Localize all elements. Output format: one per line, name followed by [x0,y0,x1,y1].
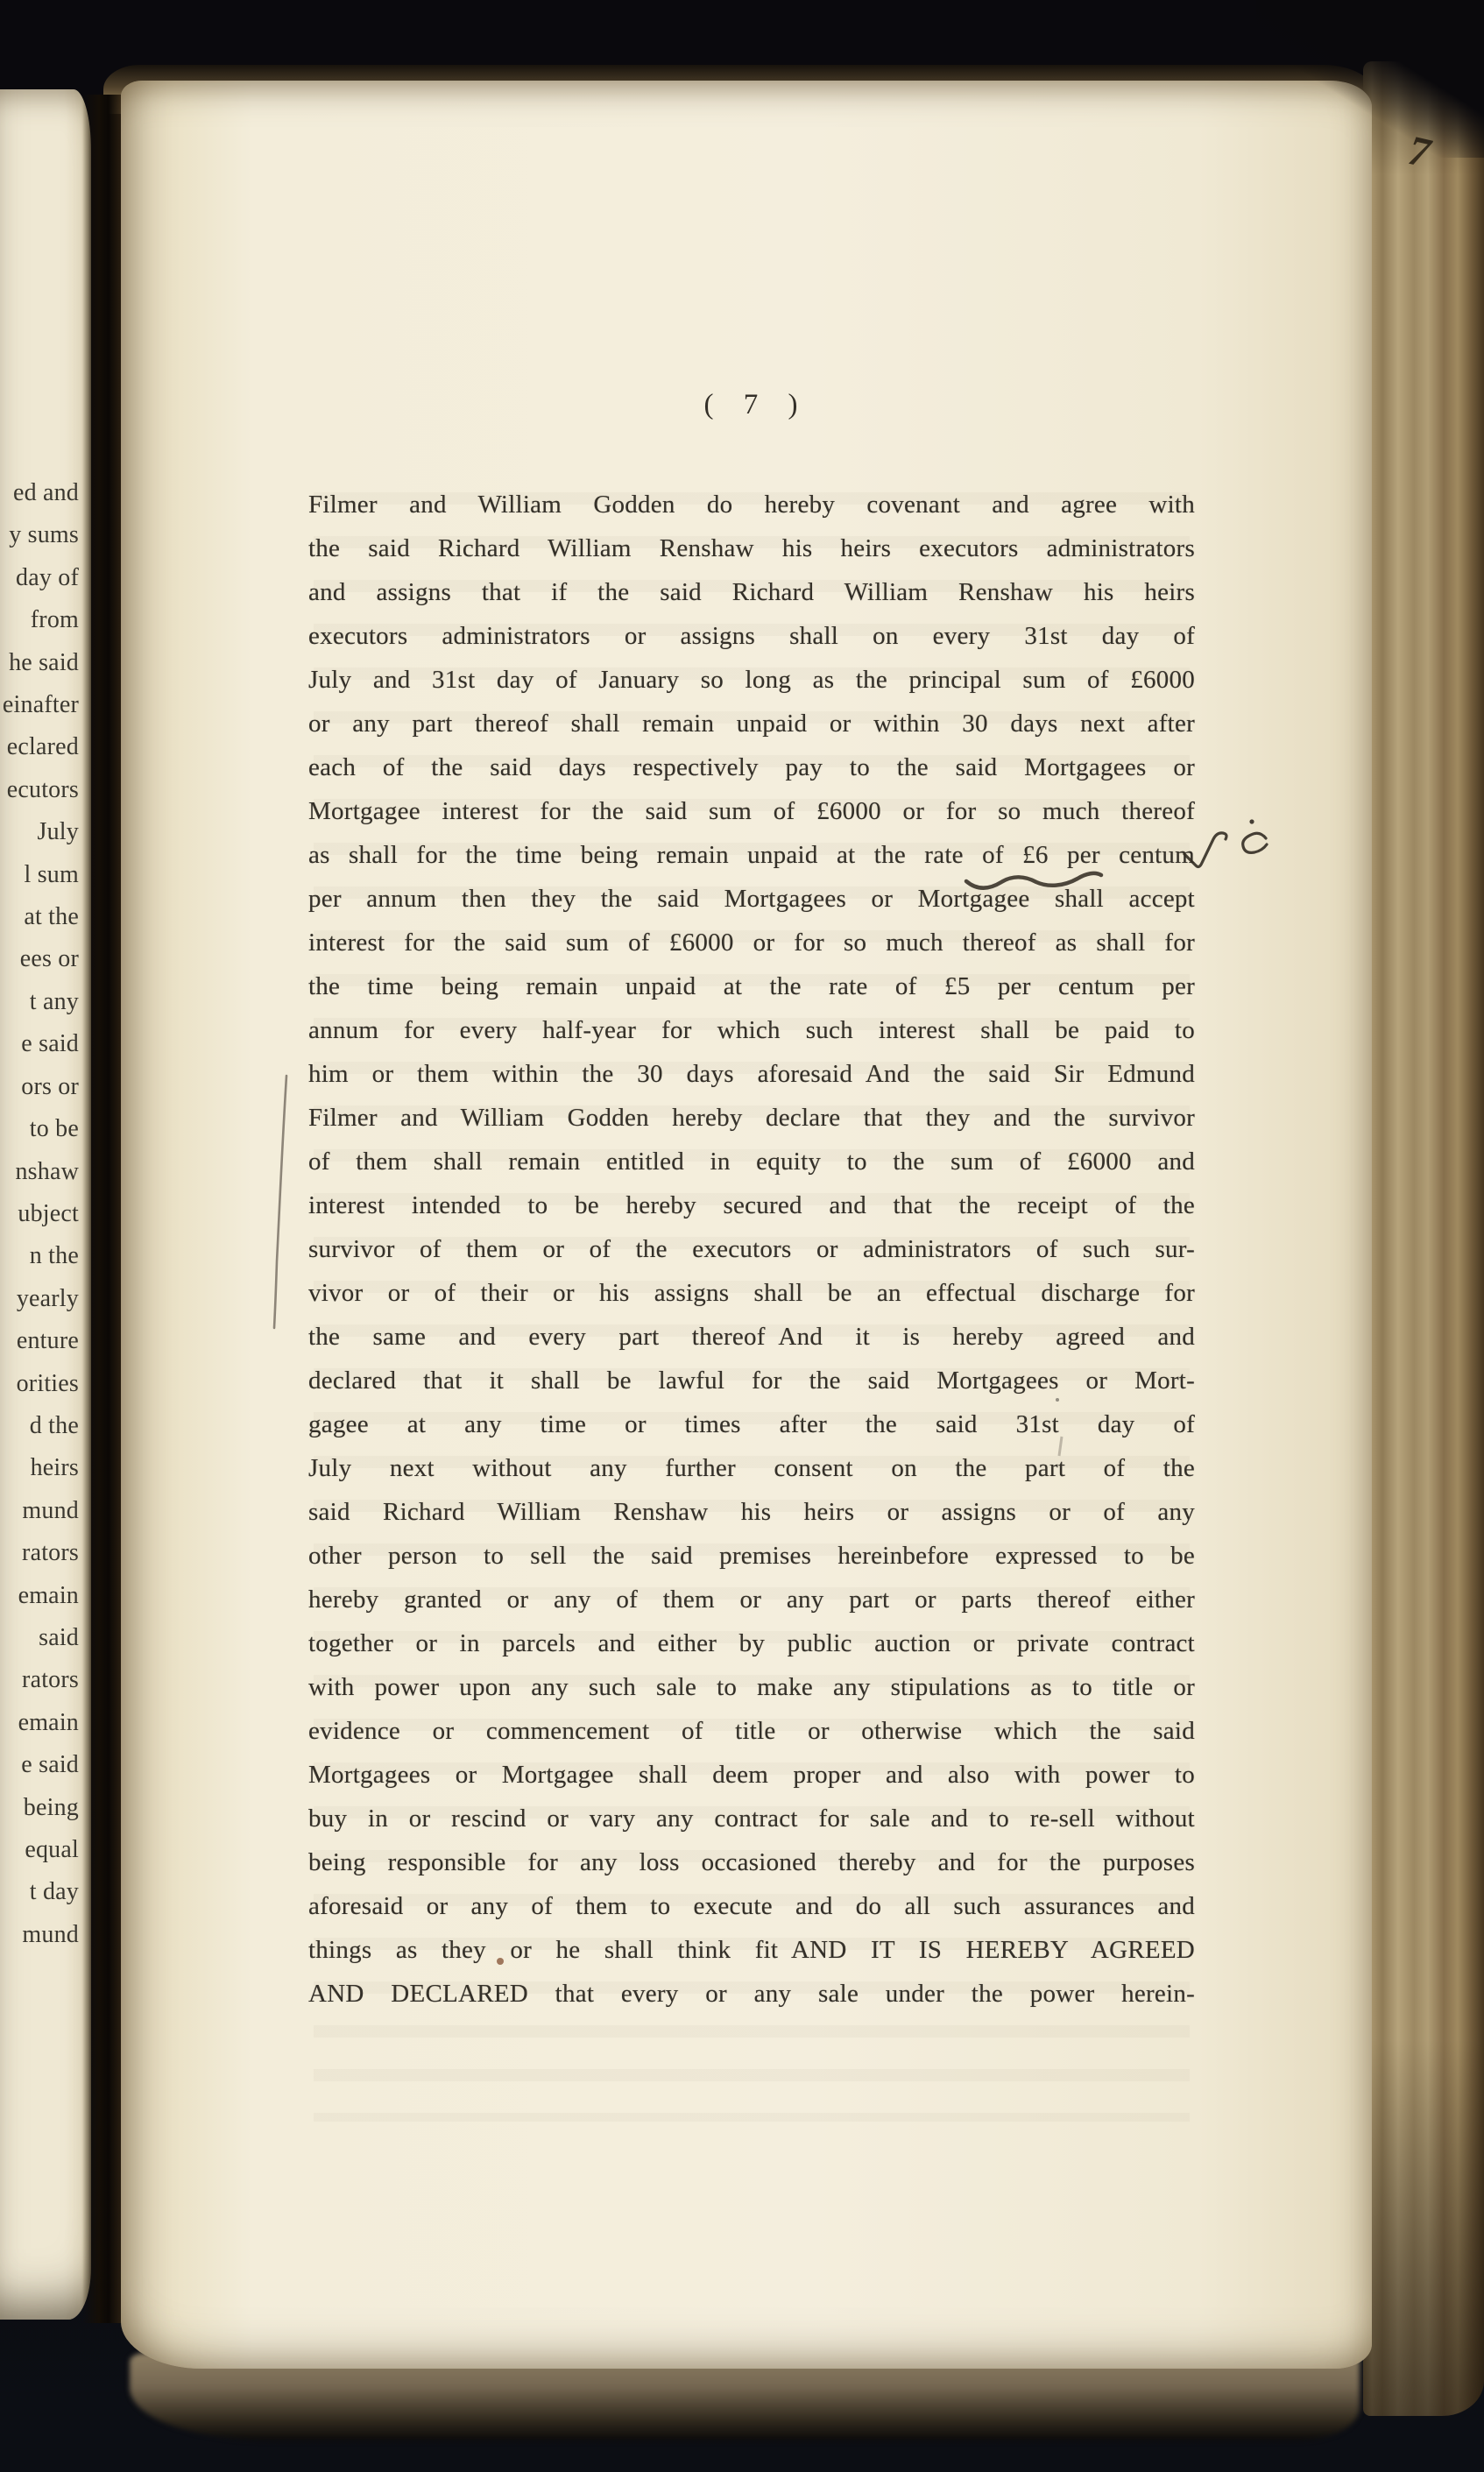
previous-page-text-fragment: he said [0,642,79,684]
previous-page-text-fragment: from [0,599,79,641]
text-line: Mortgagee interest for the said sum of £… [308,789,1195,833]
previous-page-text-fragment: equal [0,1829,79,1871]
text-line: vivor or of their or his assigns shall b… [308,1271,1195,1315]
previous-page-text-fragment: eclared [0,726,79,768]
previous-page-text-fragment: n the [0,1235,79,1277]
previous-page-text-fragment: said [0,1617,79,1659]
text-line: of them shall remain entitled in equity … [308,1140,1195,1183]
text-line: July next without any further consent on… [308,1446,1195,1490]
book-photograph: 7 ed andy sumsday offromhe saideinaftere… [0,0,1484,2472]
body-text: Filmer and William Godden do hereby cove… [308,483,1195,2016]
previous-page-text-fragment: nshaw [0,1151,79,1193]
text-line: with power upon any such sale to make an… [308,1665,1195,1709]
previous-page-text-fragment: July [0,811,79,853]
text-line: the time being remain unpaid at the rate… [308,964,1195,1008]
text-line: together or in parcels and either by pub… [308,1621,1195,1665]
previous-page-text-fragment: heirs [0,1447,79,1489]
text-line: or any part thereof shall remain unpaid … [308,702,1195,745]
text-line: other person to sell the said premises h… [308,1534,1195,1578]
previous-page-text-fragment: t day [0,1871,79,1913]
previous-page-text-fragment: mund [0,1490,79,1532]
text-line: him or them within the 30 days aforesaid… [308,1052,1195,1096]
page-stack-fore-edge [1363,61,1484,2416]
text-line: as shall for the time being remain unpai… [308,833,1195,877]
text-line: per annum then they the said Mortgagees … [308,877,1195,921]
previous-page-text-fragment: einafter [0,684,79,726]
previous-page-text-fragment: emain [0,1702,79,1744]
text-line: gagee at any time or times after the sai… [308,1402,1195,1446]
text-line: hereby granted or any of them or any par… [308,1578,1195,1621]
text-line: executors administrators or assigns shal… [308,614,1195,658]
text-line: Mortgagees or Mortgagee shall deem prope… [308,1753,1195,1797]
previous-page-edge: ed andy sumsday offromhe saideinafterecl… [0,89,91,2320]
previous-page-text-fragment: d the [0,1405,79,1447]
text-line: Filmer and William Godden hereby declare… [308,1096,1195,1140]
page-number: ( 7 ) [308,389,1195,421]
previous-page-text-fragment: t any [0,981,79,1023]
previous-page-text-fragment: day of [0,557,79,599]
previous-page-text-fragment: enture [0,1320,79,1362]
previous-page-text-fragment: rators [0,1532,79,1574]
previous-page-text-fragment: being [0,1787,79,1829]
previous-page-text-fragment: to be [0,1108,79,1150]
text-line: said Richard William Renshaw his heirs o… [308,1490,1195,1534]
cover-corner-shadow [1256,0,1484,158]
previous-page-text-fragment: mund [0,1914,79,1956]
text-line: AND DECLARED that every or any sale unde… [308,1972,1195,2016]
previous-page-text-fragment: ecutors [0,769,79,811]
previous-page-text-fragment: l sum [0,854,79,896]
previous-page-text-fragment: ees or [0,938,79,980]
previous-page-text-fragment: at the [0,896,79,938]
previous-page-text-fragments: ed andy sumsday offromhe saideinafterecl… [0,472,91,1956]
previous-page-text-fragment: ubject [0,1193,79,1235]
previous-page-text-fragment: yearly [0,1278,79,1320]
text-line: Filmer and William Godden do hereby cove… [308,483,1195,526]
text-line: being responsible for any loss occasione… [308,1840,1195,1884]
previous-page-text-fragment: ed and [0,472,79,514]
text-line: each of the said days respectively pay t… [308,745,1195,789]
text-line: aforesaid or any of them to execute and … [308,1884,1195,1928]
previous-page-text-fragment: orities [0,1363,79,1405]
text-line: the said Richard William Renshaw his hei… [308,526,1195,570]
previous-page-text-fragment: emain [0,1575,79,1617]
text-line: interest intended to be hereby secured a… [308,1183,1195,1227]
text-line: survivor of them or of the executors or … [308,1227,1195,1271]
text-line: buy in or rescind or vary any contract f… [308,1797,1195,1840]
text-line: declared that it shall be lawful for the… [308,1359,1195,1402]
previous-page-text-fragment: e said [0,1023,79,1065]
previous-page-text-fragment: ors or [0,1066,79,1108]
previous-page-text-fragment: y sums [0,514,79,556]
text-line: things as they or he shall think fit AND… [308,1928,1195,1972]
text-line: interest for the said sum of £6000 or fo… [308,921,1195,964]
text-line: and assigns that if the said Richard Wil… [308,570,1195,614]
text-line: evidence or commencement of title or oth… [308,1709,1195,1753]
text-line: annum for every half-year for which such… [308,1008,1195,1052]
text-line: July and 31st day of January so long as … [308,658,1195,702]
book-page: ( 7 ) Filmer and William Godden do hereb… [121,81,1372,2369]
text-line: the same and every part thereof And it i… [308,1315,1195,1359]
previous-page-text-fragment: e said [0,1744,79,1786]
previous-page-text-fragment: rators [0,1659,79,1701]
